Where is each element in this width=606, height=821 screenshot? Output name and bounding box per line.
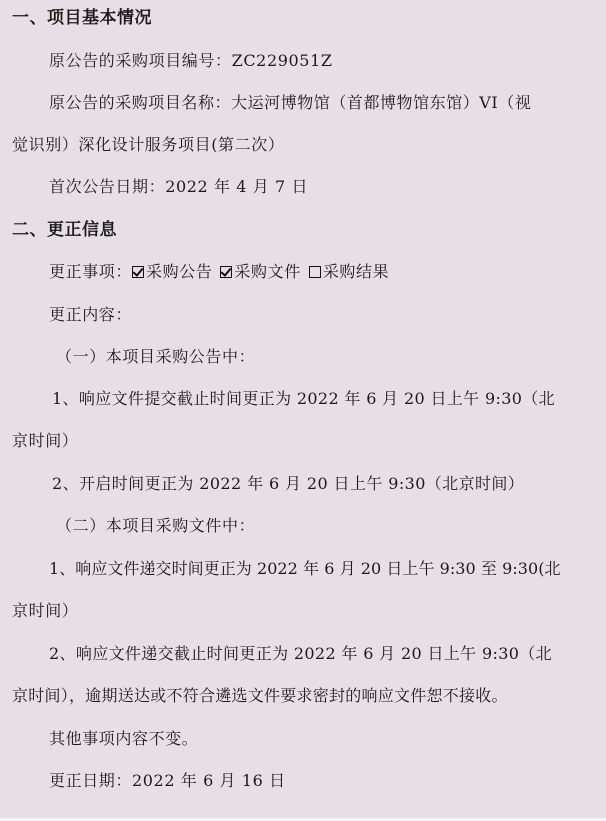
project-number-label: 原公告的采购项目编号： <box>49 51 232 70</box>
subsection-title-docs: （二）本项目采购文件中： <box>56 516 255 536</box>
project-name-line-2: 觉识别）深化设计服务项目(第二次） <box>12 135 284 155</box>
notice-item-1-line-2: 京时间） <box>12 431 78 451</box>
announcement-document: 一、项目基本情况 原公告的采购项目编号：ZC229051Z 原公告的采购项目名称… <box>0 0 606 818</box>
other-items-unchanged: 其他事项内容不变。 <box>49 729 198 749</box>
project-number-line: 原公告的采购项目编号：ZC229051Z <box>49 51 333 71</box>
checkbox-item-procurement-docs: 采购文件 <box>220 262 300 282</box>
project-name-line-1: 原公告的采购项目名称：大运河博物馆（首都博物馆东馆）VI（视 <box>49 93 531 113</box>
section-heading-basic-info: 一、项目基本情况 <box>12 8 152 28</box>
correction-content-label: 更正内容： <box>49 305 132 325</box>
correction-items-row: 更正事项：采购公告采购文件采购结果 <box>49 262 397 282</box>
section-heading-correction-info: 二、更正信息 <box>12 220 117 240</box>
docs-item-2-line-1: 2、响应文件递交截止时间更正为 2022 年 6 月 20 日上午 9:30（北 <box>49 644 552 664</box>
checkbox-label: 采购公告 <box>146 262 212 281</box>
checkbox-item-procurement-notice: 采购公告 <box>132 262 212 282</box>
checkbox-item-procurement-result: 采购结果 <box>309 262 389 282</box>
checkbox-checked-icon <box>220 266 232 278</box>
checkbox-label: 采购文件 <box>234 262 300 281</box>
docs-item-1-line-2: 京时间） <box>12 601 78 621</box>
project-number-value: ZC229051Z <box>232 51 333 70</box>
first-notice-date: 首次公告日期：2022 年 4 月 7 日 <box>49 177 308 197</box>
correction-date: 更正日期：2022 年 6 月 16 日 <box>49 771 286 791</box>
correction-items-label: 更正事项： <box>49 262 132 281</box>
notice-item-1-line-1: 1、响应文件提交截止时间更正为 2022 年 6 月 20 日上午 9:30（北 <box>52 389 555 409</box>
checkbox-label: 采购结果 <box>323 262 389 281</box>
notice-item-2: 2、开启时间更正为 2022 年 6 月 20 日上午 9:30（北京时间） <box>52 474 524 494</box>
docs-item-2-line-2: 京时间），逾期送达或不符合遴选文件要求密封的响应文件恕不接收。 <box>12 686 508 706</box>
subsection-title-notice: （一）本项目采购公告中： <box>56 347 255 367</box>
checkbox-checked-icon <box>132 266 144 278</box>
docs-item-1-line-1: 1、响应文件递交时间更正为 2022 年 6 月 20 日上午 9:30 至 9… <box>49 559 561 579</box>
checkbox-unchecked-icon <box>309 266 321 278</box>
